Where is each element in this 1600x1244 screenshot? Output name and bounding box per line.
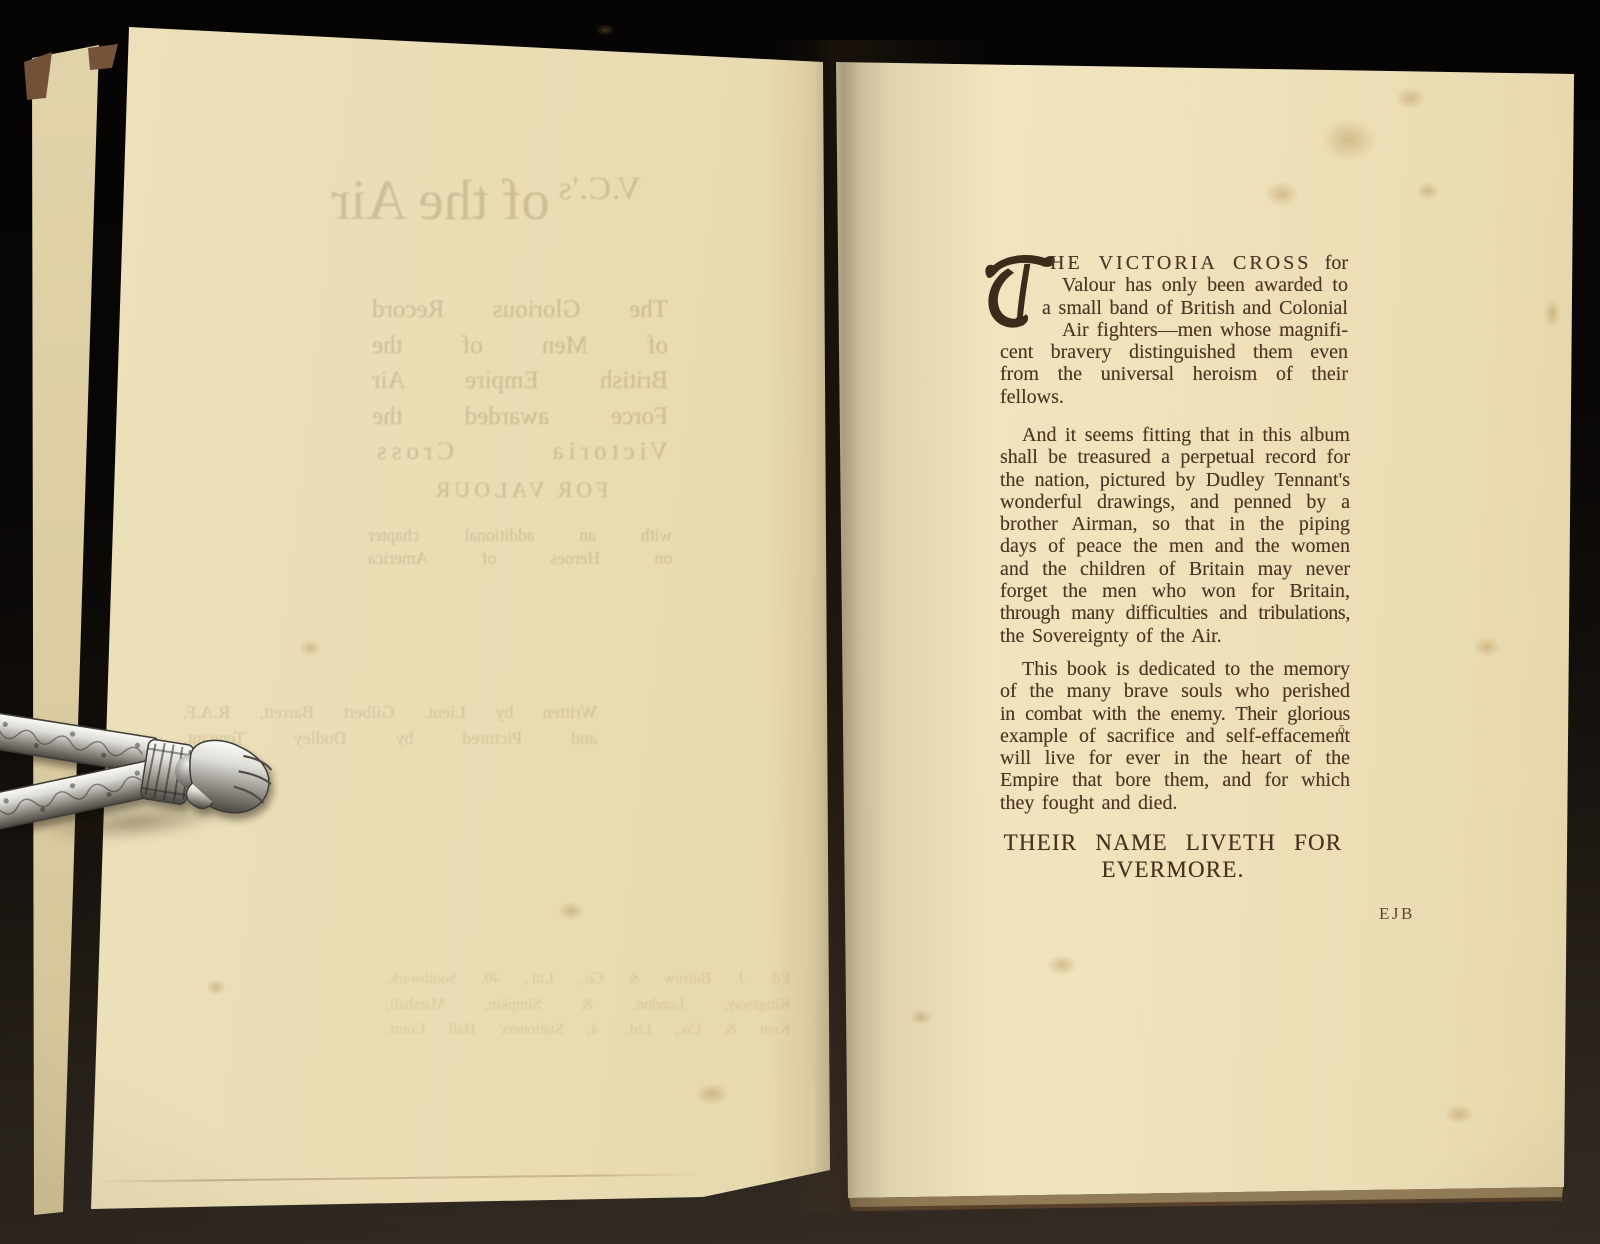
bookmark-clip bbox=[0, 692, 294, 862]
show-through-line: with an additional chapter bbox=[368, 524, 672, 547]
show-through-imprint: Ed. J. Burrow & Co., Ltd., 40, Southwark… bbox=[386, 966, 790, 1043]
body-line: forget the men who won for Britain, bbox=[1000, 580, 1350, 602]
paragraph-2: And it seems fitting that in this album … bbox=[1000, 424, 1350, 647]
body-line: shall be treasured a perpetual record fo… bbox=[1000, 446, 1350, 468]
body-text: for bbox=[1325, 252, 1348, 274]
paragraph-3: This book is dedicated to the memory of … bbox=[1000, 658, 1350, 814]
show-through-line: Ed. J. Burrow & Co., Ltd., 40, Southwark… bbox=[386, 966, 790, 992]
body-line: Valour has only been awarded to bbox=[1062, 274, 1348, 296]
body-line: brother Airman, so that in the piping bbox=[1000, 513, 1350, 535]
body-line: fellows. bbox=[1000, 386, 1348, 408]
show-through-title-main: of the Air bbox=[331, 169, 549, 232]
body-line: the nation, pictured by Dudley Tennant's bbox=[1000, 469, 1350, 491]
print-artifact: ō bbox=[1338, 723, 1345, 739]
artist-monogram: EJB bbox=[1379, 904, 1415, 924]
dedication-line: EVERMORE. bbox=[1000, 856, 1346, 883]
show-through-line: Kent & Co., Ltd., 4, Stationers' Hall Co… bbox=[386, 1017, 790, 1043]
body-line: days of peace the men and the women bbox=[1000, 535, 1350, 557]
body-line: in combat with the enemy. Their glorious bbox=[1000, 703, 1350, 725]
dedication-heading: THEIR NAME LIVETH FOR EVERMORE. bbox=[1000, 829, 1346, 883]
show-through-line: Victoria Cross bbox=[372, 434, 668, 470]
show-through-motto: FOR VALOUR bbox=[398, 477, 642, 503]
body-line: they fought and died. bbox=[1000, 792, 1350, 814]
body-line: the Sovereignty of the Air. bbox=[1000, 625, 1350, 647]
body-line: example of sacrifice and self-effacement bbox=[1000, 725, 1350, 747]
body-line: This book is dedicated to the memory bbox=[1022, 658, 1350, 680]
book-photo: V.C.'sof the Air The Glorious Record of … bbox=[0, 0, 1600, 1244]
body-line: of the many brave souls who perished bbox=[1000, 680, 1350, 702]
show-through-line: The Glorious Record bbox=[372, 292, 668, 328]
body-line: Air fighters—men whose magnifi- bbox=[1062, 319, 1348, 341]
small-caps-text: HE VICTORIA CROSS bbox=[1050, 252, 1311, 274]
show-through-subtitle: The Glorious Record of Men of the Britis… bbox=[372, 292, 668, 470]
show-through-chapter-note: with an additional chapter on Heroes of … bbox=[368, 524, 672, 570]
body-line: will live for ever in the heart of the bbox=[1000, 747, 1350, 769]
body-line: through many difficulties and tribulatio… bbox=[1000, 602, 1350, 624]
show-through-line: British Empire Air bbox=[372, 363, 668, 399]
body-line: Empire that bore them, and for which bbox=[1000, 769, 1350, 791]
body-line: a small band of British and Colonial bbox=[1042, 297, 1348, 319]
body-line: wonderful drawings, and penned by a bbox=[1000, 491, 1350, 513]
show-through-line: Force awarded the bbox=[372, 399, 668, 435]
show-through-line: of Men of the bbox=[372, 328, 668, 364]
show-through-title: V.C.'sof the Air bbox=[262, 168, 710, 233]
show-through-line: on Heroes of America bbox=[368, 547, 672, 570]
show-through-title-script: V.C.'s bbox=[558, 171, 641, 207]
body-line: and the children of Britain may never bbox=[1000, 558, 1350, 580]
paragraph-1: HE VICTORIA CROSS for Valour has only be… bbox=[1000, 252, 1348, 408]
foxing-spot bbox=[592, 22, 618, 38]
body-line: from the universal heroism of their bbox=[1000, 363, 1348, 385]
bookmark-lower-strap bbox=[0, 759, 162, 832]
body-line: cent bravery distinguished them even bbox=[1000, 341, 1348, 363]
body-line: HE VICTORIA CROSS for bbox=[1050, 252, 1348, 274]
show-through-line: Kingsway, London, & Simpkin, Marshall, bbox=[386, 992, 790, 1018]
dedication-line: THEIR NAME LIVETH FOR bbox=[1000, 829, 1346, 856]
body-line: And it seems fitting that in this album bbox=[1022, 424, 1350, 446]
